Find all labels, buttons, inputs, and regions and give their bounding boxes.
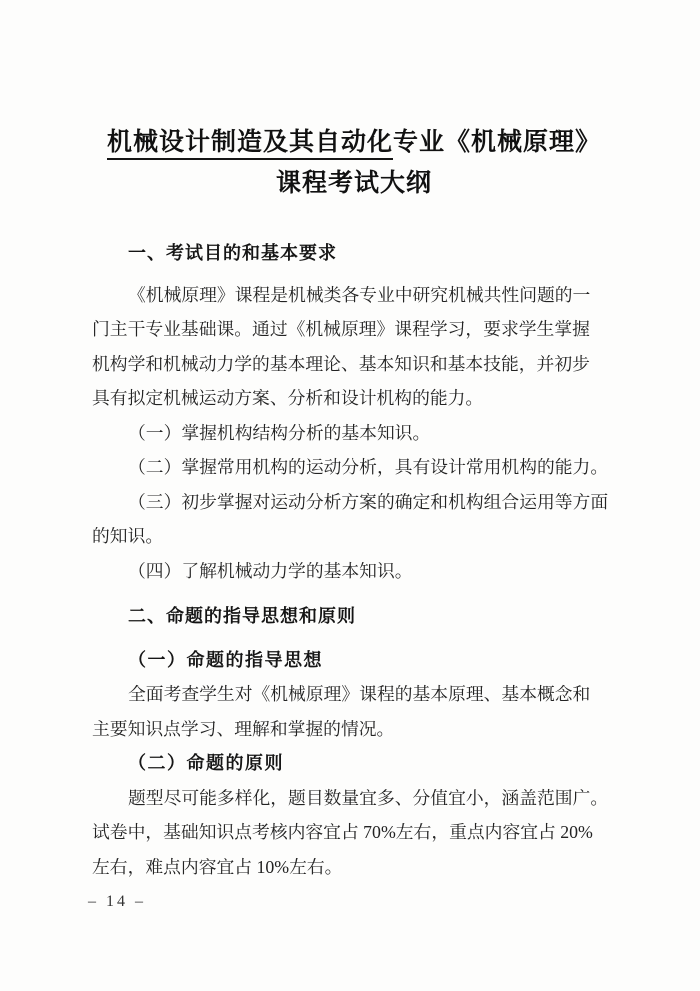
paragraph-course-intro: 《机械原理》课程是机械类各专业中研究机械共性问题的一 门主干专业基础课。通过《机… [92,278,616,416]
document-page: 机械设计制造及其自动化专业《机械原理》 课程考试大纲 一、考试目的和基本要求 《… [0,0,700,991]
title-underlined-major-name: 机械设计制造及其自动化 [107,129,393,160]
list-item-requirement-2: （二）掌握常用机构的运动分析，具有设计常用机构的能力。 [92,450,616,485]
paragraph-guiding-ideology: 全面考查学生对《机械原理》课程的基本原理、基本概念和 主要知识点学习、理解和掌握… [92,677,616,746]
sub-heading-proposition-rules: （二）命题的原则 [92,746,616,781]
page-number: – 14 – [88,893,146,911]
list-item-requirement-4: （四）了解机械动力学的基本知识。 [92,554,616,589]
section-heading-proposition-principles: 二、命题的指导思想和原则 [92,599,616,634]
document-title: 机械设计制造及其自动化专业《机械原理》 课程考试大纲 [92,122,616,204]
list-item-requirement-3: （三）初步掌握对运动分析方案的确定和机构组合运用等方面 的知识。 [92,485,616,554]
list-item-requirement-1: （一）掌握机构结构分析的基本知识。 [92,416,616,451]
paragraph-proposition-rules: 题型尽可能多样化，题目数量宜多、分值宜小，涵盖范围广。 试卷中，基础知识点考核内… [92,781,616,885]
section-heading-exam-purpose: 一、考试目的和基本要求 [92,236,616,271]
title-line1-rest: 专业《机械原理》 [393,129,601,156]
title-line-2: 课程考试大纲 [92,163,616,204]
sub-heading-guiding-ideology: （一）命题的指导思想 [92,643,616,678]
title-line-1: 机械设计制造及其自动化专业《机械原理》 [92,122,616,163]
